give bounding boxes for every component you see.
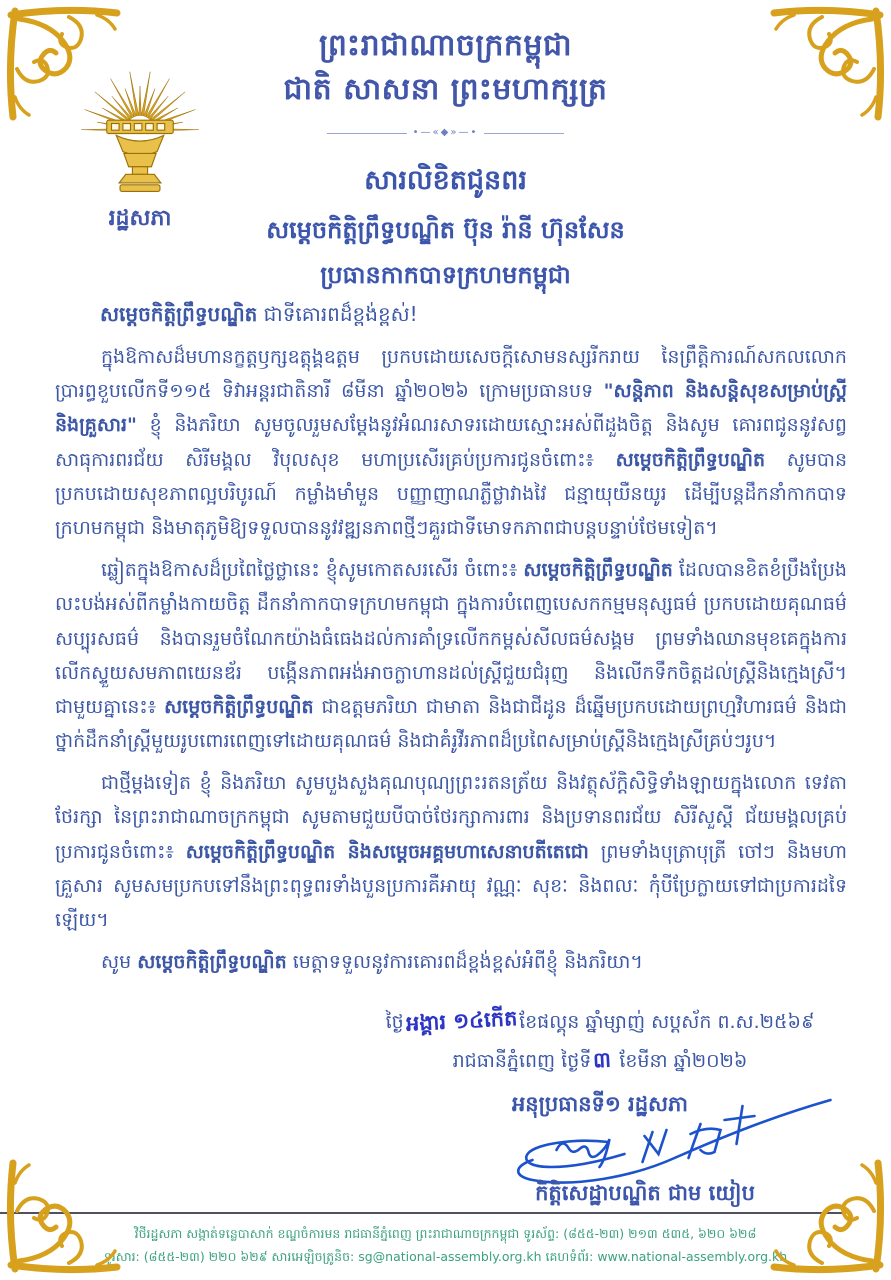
date-gregorian-prefix: រាជធានីភ្នំពេញ ថ្ងៃទី — [453, 1050, 592, 1072]
salutation: សម្តេចកិត្តិព្រឹទ្ធបណ្ឌិត ជាទីគោរពដ៏ខ្ពង… — [100, 296, 847, 332]
header-divider: •—«◆»—• — [0, 128, 891, 138]
footer-contact-block: វិថីរដ្ឋសភា សង្កាត់ទន្លេបាសាក់ ខណ្ឌចំការ… — [80, 1223, 811, 1268]
handwritten-day-number: ៣ — [590, 1040, 614, 1080]
footer-separator-line — [0, 1212, 846, 1214]
paragraph: ក្នុងឱកាសដ៏មហានក្ខត្តឫក្សឧត្តុង្គឧត្តម ប… — [55, 340, 847, 545]
recipient-name: សម្តេចកិត្តិព្រឹទ្ធបណ្ឌិត ប៊ុន រ៉ានី ហ៊ុ… — [0, 215, 891, 250]
paragraph: សូម សម្តេចកិត្តិព្រឹទ្ធបណ្ឌិត មេត្តាទទួល… — [55, 945, 847, 979]
footer-fax-email-web: ទូរសារ: (៨៥៥-២៣) ២២០ ៦២៩ សារអេឡិចត្រូនិច… — [80, 1246, 811, 1269]
date-lunar-prefix: ថ្ងៃ — [386, 1011, 404, 1033]
body-paragraphs: ក្នុងឱកាសដ៏មហានក្ខត្តឫក្សឧត្តុង្គឧត្តម ប… — [55, 340, 847, 979]
date-lunar-suffix: ខែផល្គុន ឆ្នាំម្សាញ់ សប្តស័ក ព.ស.២៥៦៩ — [519, 1011, 814, 1033]
gold-corner-ornament-icon — [5, 5, 123, 123]
date-gregorian-suffix: ខែមីនា ឆ្នាំ២០២៦ — [613, 1050, 747, 1072]
handwritten-lunar-date: អង្គារ ១៤កើត — [403, 999, 520, 1044]
paragraph: ជាថ្មីម្តងទៀត ខ្ញុំ និងភរិយា សូមបួងសួងគុ… — [55, 766, 847, 937]
national-motto: ព្រះរាជាណាចក្រកម្ពុជា ជាតិ សាសនា ព្រះមហា… — [0, 24, 891, 112]
gold-corner-ornament-icon — [768, 5, 886, 123]
date-line-lunar: ថ្ងៃអង្គារ ១៤កើតខែផល្គុន ឆ្នាំម្សាញ់ សប្… — [325, 1002, 875, 1041]
salutation-honorific: សម្តេចកិត្តិព្រឹទ្ធបណ្ឌិត — [100, 302, 257, 326]
divider-ornament-icon: •—«◆»—• — [413, 128, 479, 138]
letter-body: សម្តេចកិត្តិព្រឹទ្ធបណ្ឌិត ជាទីគោរពដ៏ខ្ពង… — [55, 296, 847, 987]
footer-address-phone: វិថីរដ្ឋសភា សង្កាត់ទន្លេបាសាក់ ខណ្ឌចំការ… — [80, 1223, 811, 1246]
motto-line-kingdom: ព្រះរាជាណាចក្រកម្ពុជា — [0, 24, 891, 68]
motto-line-nation-religion-king: ជាតិ សាសនា ព្រះមហាក្សត្រ — [0, 68, 891, 112]
recipient-role: ប្រធានកាកបាទក្រហមកម្ពុជា — [0, 260, 891, 295]
salutation-rest: ជាទីគោរពដ៏ខ្ពង់ខ្ពស់! — [257, 302, 417, 326]
document-title-block: សារលិខិតជូនពរ សម្តេចកិត្តិព្រឹទ្ធបណ្ឌិត … — [0, 164, 891, 295]
gold-corner-ornament-icon — [5, 1157, 123, 1275]
date-line-gregorian: រាជធានីភ្នំពេញ ថ្ងៃទី៣ ខែមីនា ឆ្នាំ២០២៦ — [325, 1041, 875, 1080]
letter-title: សារលិខិតជូនពរ — [0, 164, 891, 203]
paragraph: ឆ្លៀតក្នុងឱកាសដ៏ប្រពៃថ្លៃថ្លានេះ ខ្ញុំសូ… — [55, 553, 847, 758]
gold-corner-ornament-icon — [768, 1157, 886, 1275]
letter-page: រដ្ឋសភា ព្រះរាជាណាចក្រកម្ពុជា ជាតិ សាសនា… — [0, 0, 891, 1280]
divider-line — [327, 133, 407, 134]
divider-line — [484, 133, 564, 134]
